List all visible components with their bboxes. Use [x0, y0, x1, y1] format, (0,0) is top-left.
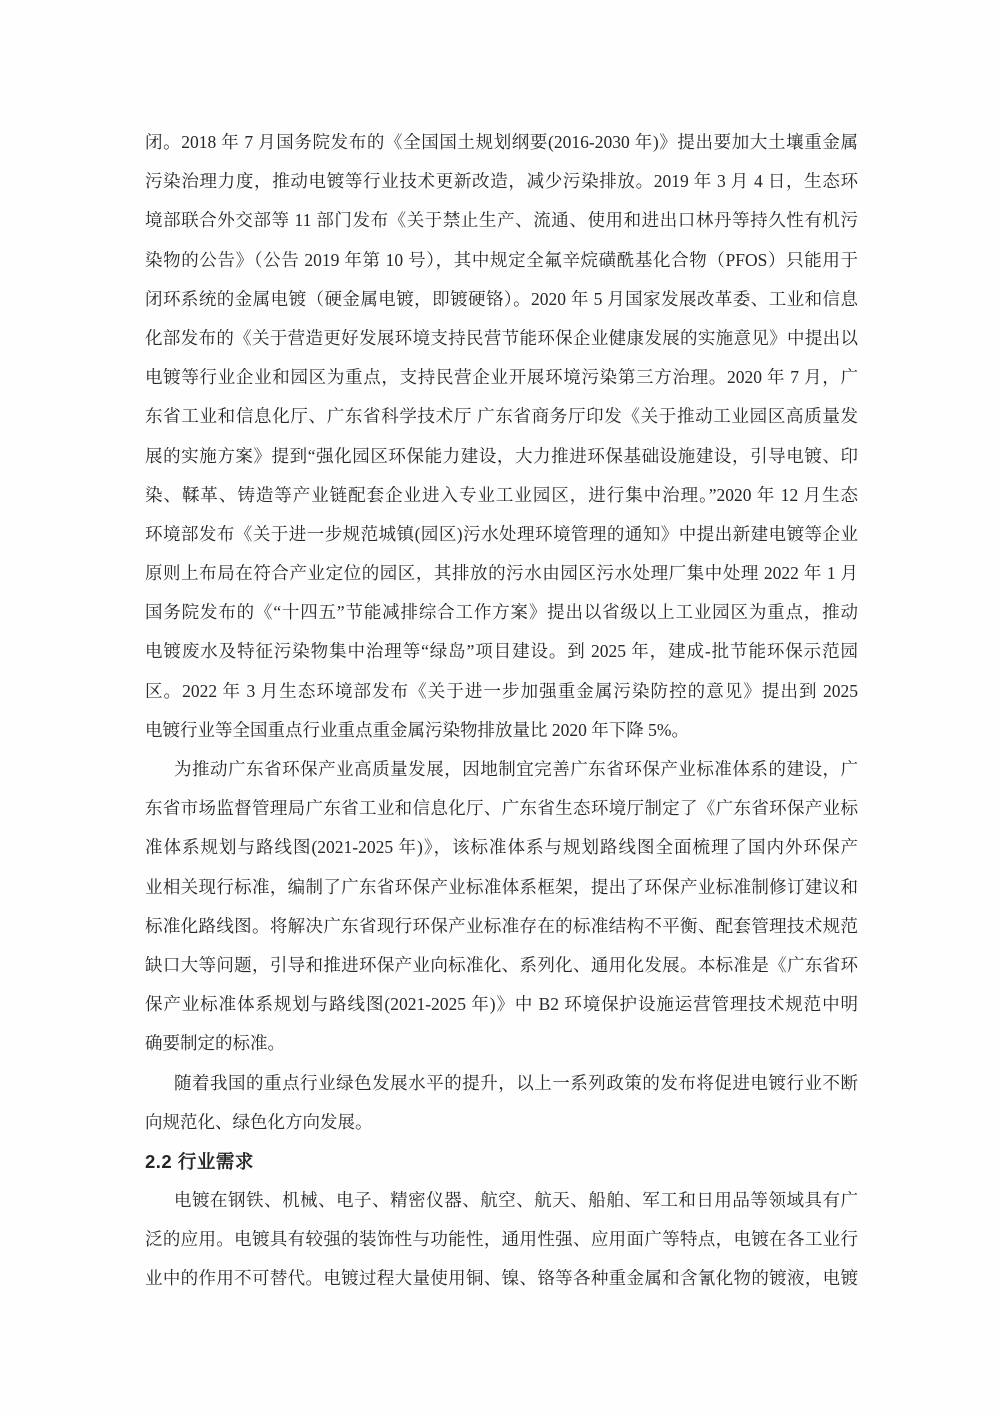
paragraph-policy-history: 闭。2018 年 7 月国务院发布的《全国国土规划纲要(2016-2030 年)… — [145, 123, 858, 750]
text-line: 保产业标准体系规划与路线图(2021-2025 年)》中 B2 环境保护设施运营… — [145, 985, 858, 1024]
text-line: 污染治理力度，推动电镀等行业技术更新改造，减少污染排放。2019 年 3 月 4… — [145, 162, 858, 201]
text-line: 东省工业和信息化厅、广东省科学技术厅 广东省商务厅印发《关于推动工业园区高质量发 — [145, 397, 858, 436]
text-line: 电镀行业等全国重点行业重点重金属污染物排放量比 2020 年下降 5%。 — [145, 711, 858, 750]
text-line: 闭环系统的金属电镀（硬金属电镀，即镀硬铬）。2020 年 5 月国家发展改革委、… — [145, 280, 858, 319]
text-line: 业相关现行标准，编制了广东省环保产业标准体系框架，提出了环保产业标准制修订建议和 — [145, 868, 858, 907]
paragraph-green-development: 随着我国的重点行业绿色发展水平的提升，以上一系列政策的发布将促进电镀行业不断 向… — [145, 1064, 858, 1142]
text-line: 展的实施方案》提到“强化园区环保能力建设，大力推进环保基础设施建设，引导电镀、印 — [145, 437, 858, 476]
paragraph-industry-demand: 电镀在钢铁、机械、电子、精密仪器、航空、航天、船舶、军工和日用品等领域具有广 泛… — [145, 1181, 858, 1299]
text-line: 染物的公告》（公告 2019 年第 10 号），其中规定全氟辛烷磺酰基化合物（P… — [145, 241, 858, 280]
paragraph-guangdong-standards: 为推动广东省环保产业高质量发展，因地制宜完善广东省环保产业标准体系的建设，广 东… — [145, 750, 858, 1064]
text-line: 环境部发布《关于进一步规范城镇(园区)污水处理环境管理的通知》中提出新建电镀等企… — [145, 515, 858, 554]
text-line: 随着我国的重点行业绿色发展水平的提升，以上一系列政策的发布将促进电镀行业不断 — [145, 1064, 858, 1103]
text-line: 染、鞣革、铸造等产业链配套企业进入专业工业园区，进行集中治理。”2020 年 1… — [145, 476, 858, 515]
text-line: 业中的作用不可替代。电镀过程大量使用铜、镍、铬等各种重金属和含氰化物的镀液，电镀 — [145, 1259, 858, 1298]
text-line: 境部联合外交部等 11 部门发布《关于禁止生产、流通、使用和进出口林丹等持久性有… — [145, 201, 858, 240]
text-line: 泛的应用。电镀具有较强的装饰性与功能性，通用性强、应用面广等特点，电镀在各工业行 — [145, 1220, 858, 1259]
text-line: 电镀在钢铁、机械、电子、精密仪器、航空、航天、船舶、军工和日用品等领域具有广 — [145, 1181, 858, 1220]
text-content: 闭。2018 年 7 月国务院发布的《全国国土规划纲要(2016-2030 年)… — [145, 123, 858, 1299]
text-line: 电镀等行业企业和园区为重点，支持民营企业开展环境污染第三方治理。2020 年 7… — [145, 358, 858, 397]
text-line: 化部发布的《关于营造更好发展环境支持民营节能环保企业健康发展的实施意见》中提出以 — [145, 319, 858, 358]
text-line: 准体系规划与路线图(2021-2025 年)》，该标准体系与规划路线图全面梳理了… — [145, 828, 858, 867]
text-line: 确要制定的标准。 — [145, 1024, 858, 1063]
section-heading-industry-demand: 2.2 行业需求 — [145, 1142, 858, 1181]
text-line: 区。2022 年 3 月生态环境部发布《关于进一步加强重金属污染防控的意见》提出… — [145, 672, 858, 711]
document-page: 闭。2018 年 7 月国务院发布的《全国国土规划纲要(2016-2030 年)… — [0, 0, 1000, 1414]
text-line: 电镀废水及特征污染物集中治理等“绿岛”项目建设。到 2025 年，建成-批节能环… — [145, 632, 858, 671]
text-line: 标准化路线图。将解决广东省现行环保产业标准存在的标准结构不平衡、配套管理技术规范 — [145, 907, 858, 946]
text-line: 向规范化、绿色化方向发展。 — [145, 1103, 858, 1142]
text-line: 闭。2018 年 7 月国务院发布的《全国国土规划纲要(2016-2030 年)… — [145, 123, 858, 162]
text-line: 为推动广东省环保产业高质量发展，因地制宜完善广东省环保产业标准体系的建设，广 — [145, 750, 858, 789]
text-line: 缺口大等问题，引导和推进环保产业向标准化、系列化、通用化发展。本标准是《广东省环 — [145, 946, 858, 985]
text-line: 国务院发布的《“十四五”节能减排综合工作方案》提出以省级以上工业园区为重点，推动 — [145, 593, 858, 632]
text-line: 原则上布局在符合产业定位的园区，其排放的污水由园区污水处理厂集中处理 2022 … — [145, 554, 858, 593]
text-line: 东省市场监督管理局广东省工业和信息化厅、广东省生态环境厅制定了《广东省环保产业标 — [145, 789, 858, 828]
